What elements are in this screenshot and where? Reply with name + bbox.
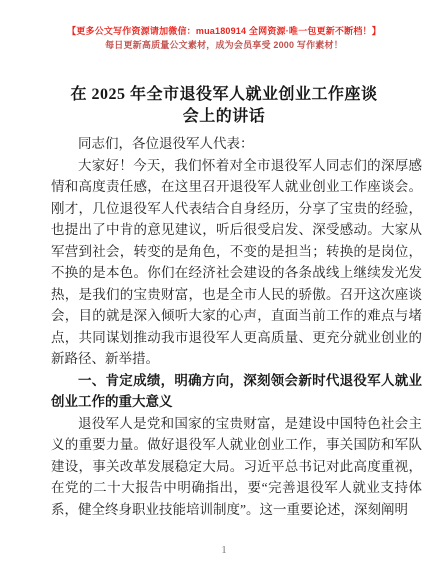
document-page: 【更多公文写作资源请加微信：mua180914 全网资源·唯一包更新不断档！】 … xyxy=(0,0,448,580)
promo-header-line2: 每日更新高质量公文素材，成为会员享受 2000 写作素材！ xyxy=(0,39,448,51)
promo-header-line1: 【更多公文写作资源请加微信：mua180914 全网资源·唯一包更新不断档！】 xyxy=(0,25,448,37)
page-number: 1 xyxy=(0,544,448,556)
promo-header: 【更多公文写作资源请加微信：mua180914 全网资源·唯一包更新不断档！】 … xyxy=(0,0,448,51)
body-paragraph: 大家好！今天，我们怀着对全市退役军人同志们的深厚感情和高度责任感，在这里召开退役… xyxy=(51,155,422,370)
body-paragraph: 同志们，各位退役军人代表： xyxy=(51,133,422,155)
document-title: 在 2025 年全市退役军人就业创业工作座谈会上的讲话 xyxy=(63,84,385,128)
section-heading: 一、肯定成绩，明确方向，深刻领会新时代退役军人就业创业工作的重大意义 xyxy=(51,370,422,413)
body-paragraph: 退役军人是党和国家的宝贵财富，是建设中国特色社会主义的重要力量。做好退役军人就业… xyxy=(51,413,422,521)
document-body: 同志们，各位退役军人代表：大家好！今天，我们怀着对全市退役军人同志们的深厚感情和… xyxy=(0,133,448,520)
